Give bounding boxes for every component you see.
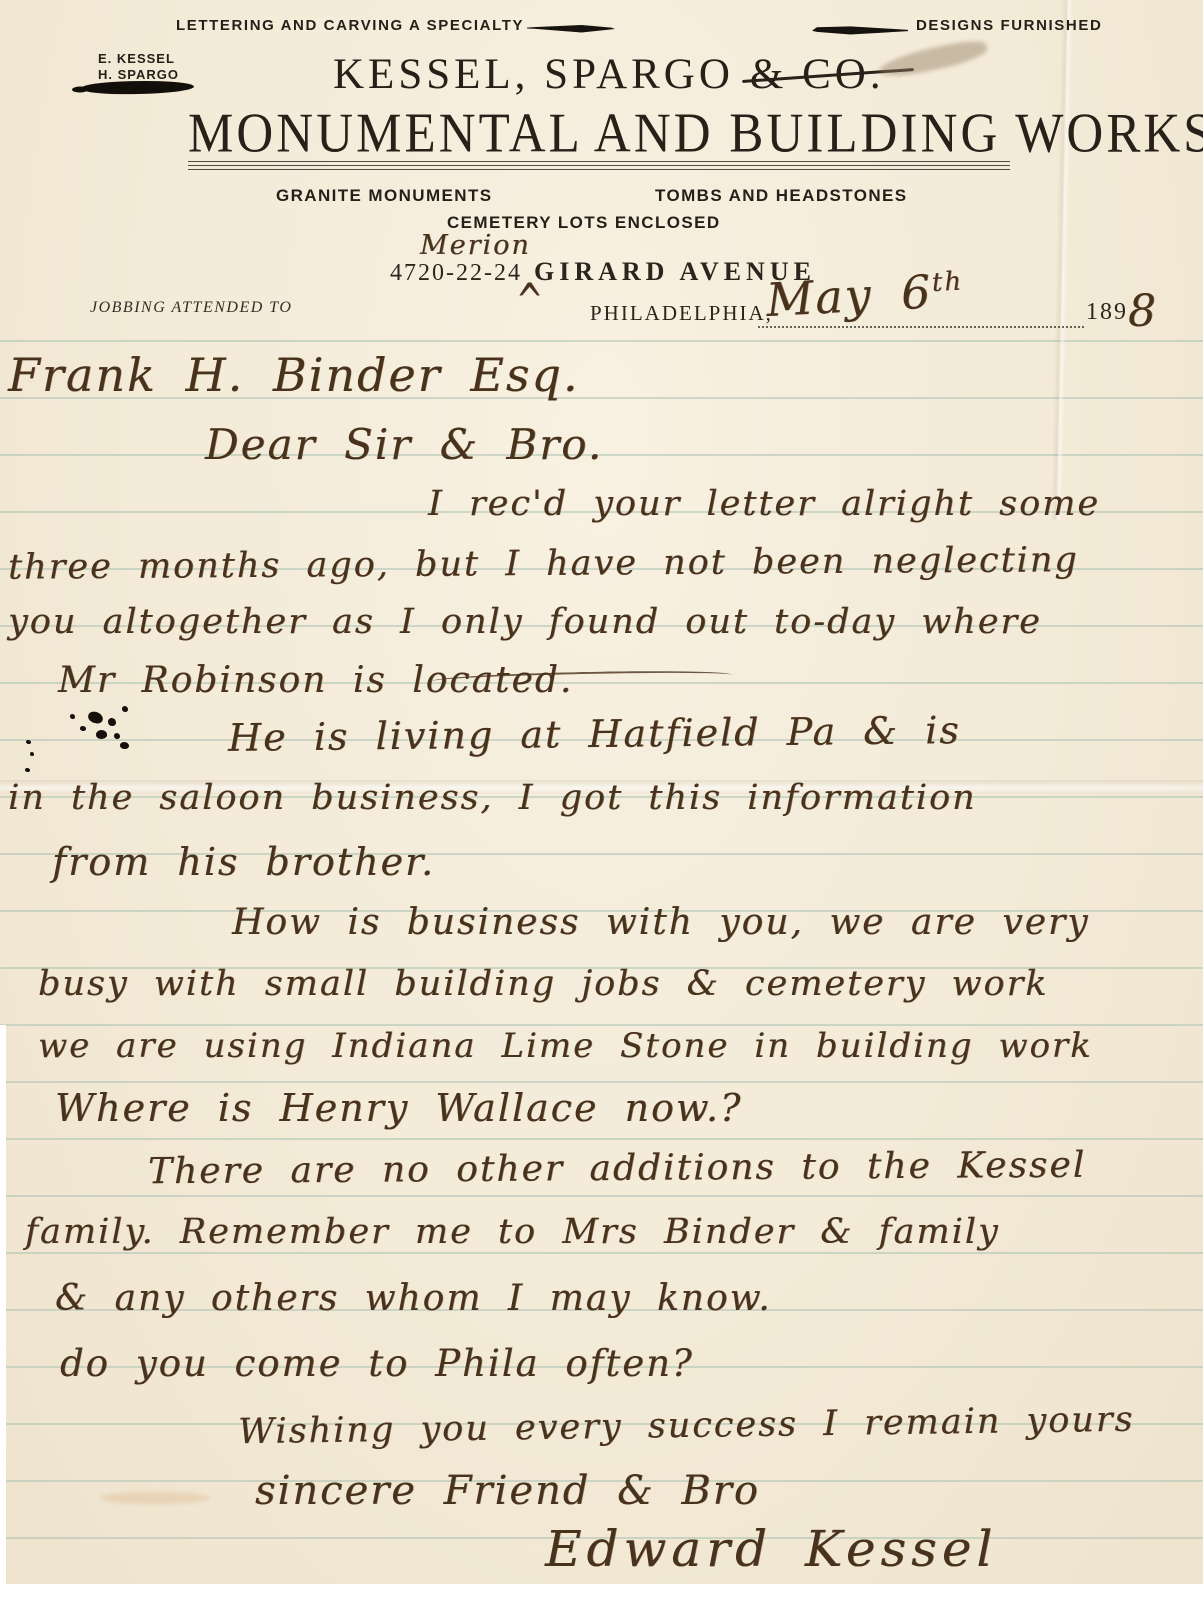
proprietor-name-kessel: E. KESSEL: [98, 51, 175, 66]
ruled-lines: [0, 340, 1203, 1580]
body-line: How is business with you, we are very: [232, 902, 1090, 943]
body-line: family. Remember me to Mrs Binder & fami…: [25, 1212, 1000, 1252]
letterhead-title: MONUMENTAL AND BUILDING WORKS: [188, 100, 1203, 165]
salutation-line: Dear Sir & Bro.: [205, 420, 603, 469]
body-line: He is living at Hatfield Pa & is: [228, 708, 961, 760]
service-tombs: TOMBS AND HEADSTONES: [655, 186, 908, 206]
street-numbers: 4720-22-24: [390, 260, 522, 286]
body-line: Where is Henry Wallace now.?: [55, 1086, 742, 1130]
proprietor-name-spargo: H. SPARGO: [98, 67, 179, 82]
tagline-right: DESIGNS FURNISHED: [916, 17, 1102, 34]
scan-edge-bottom: [0, 1584, 1203, 1600]
company-name: KESSEL, SPARGO& CO.: [333, 50, 885, 99]
printed-year-prefix: 189: [1086, 299, 1128, 326]
flourish-dash-icon: [812, 25, 908, 36]
handwritten-year-digit: 8: [1128, 286, 1158, 337]
insertion-caret: ^: [516, 273, 545, 330]
flourish-dash-icon: [527, 23, 615, 34]
vertical-fold-crease: [1051, 0, 1074, 520]
body-line: I rec'd your letter alright some: [428, 484, 1100, 524]
body-line: in the saloon business, I got this infor…: [8, 778, 977, 818]
address-line: 4720-22-24GIRARD AVENUE: [390, 257, 816, 287]
body-line: you altogether as I only found out to-da…: [8, 602, 1042, 642]
closing-line: sincere Friend & Bro: [255, 1468, 760, 1514]
tagline-left: LETTERING AND CARVING A SPECIALTY: [176, 17, 524, 34]
closing-line: Wishing you every success I remain yours: [238, 1400, 1135, 1453]
body-line: busy with small building jobs & cemetery…: [38, 964, 1049, 1004]
body-line: do you come to Phila often?: [60, 1342, 694, 1385]
letter-sheet: LETTERING AND CARVING A SPECIALTY DESIGN…: [0, 0, 1203, 1586]
paper-stain: [100, 1492, 210, 1504]
body-line: we are using Indiana Lime Stone in build…: [38, 1026, 1093, 1066]
body-line: three months ago, but I have not been ne…: [8, 540, 1079, 587]
city-label: PHILADELPHIA,: [590, 301, 773, 326]
body-line: There are no other additions to the Kess…: [148, 1145, 1087, 1193]
company-name-main: KESSEL, SPARGO: [333, 51, 734, 98]
body-line: & any others whom I may know.: [55, 1278, 772, 1319]
recipient-line: Frank H. Binder Esq.: [8, 348, 580, 402]
signature: Edward Kessel: [545, 1520, 997, 1578]
title-underline-rule: [188, 161, 1010, 170]
ink-smudge: [877, 37, 989, 81]
jobbing-note: JOBBING ATTENDED TO: [90, 299, 292, 317]
handwritten-date: May 6th: [765, 263, 965, 327]
body-line: from his brother.: [52, 840, 435, 884]
scan-edge-left: [0, 1025, 6, 1586]
service-granite: GRANITE MONUMENTS: [276, 186, 492, 206]
